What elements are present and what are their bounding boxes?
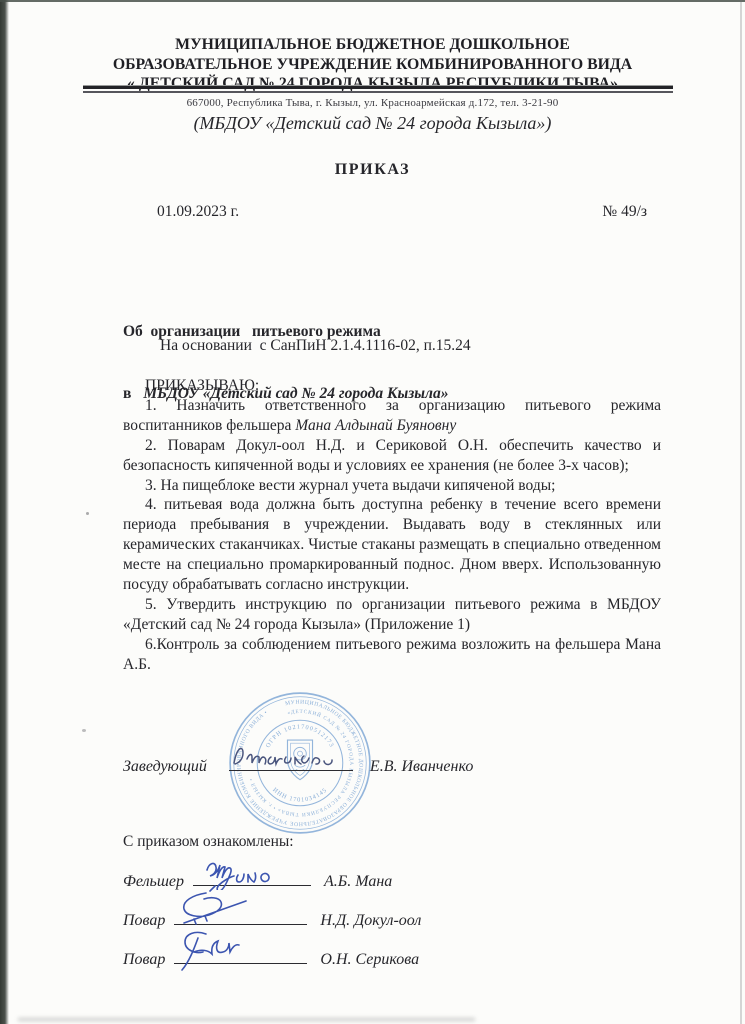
scan-edge-bottom	[18, 1018, 475, 1021]
document-type-title: ПРИКАЗ	[40, 161, 705, 179]
ack-name-1: А.Б. Мана	[324, 873, 392, 890]
date-number-row: 01.09.2023 г. № 49/з	[157, 203, 647, 221]
org-name-line1: МУНИЦИПАЛЬНОЕ БЮДЖЕТНОЕ ДОШКОЛЬНОЕ	[40, 35, 705, 55]
order-item-1: 1. Назначить ответственного за организац…	[123, 396, 661, 436]
order-item-3: 3. На пищеблоке вести журнал учета выдач…	[123, 476, 661, 496]
resolution-heading: ПРИКАЗЫВАЮ:	[123, 376, 661, 396]
ack-row-feldsher: ФельшерА.Б. Мана	[123, 866, 392, 892]
ack-signature-line-2	[174, 905, 307, 925]
director-signature-row: ЗаведующийЕ.В. Иванченко	[123, 751, 473, 777]
ack-row-cook-2: ПоварО.Н. Серикова	[123, 944, 419, 970]
stamp-ogrn-text: ОГРН 1021700512173	[265, 724, 336, 750]
scan-edge-left	[0, 0, 9, 1024]
order-basis: На основании с СанПиН 2.1.4.1116-02, п.1…	[160, 337, 471, 355]
ack-title-1: Фельшер	[123, 873, 184, 890]
order-item-4: 4. питьевая вода должна быть доступна ре…	[123, 495, 661, 595]
letterhead-divider	[83, 85, 673, 93]
ack-name-2: Н.Д. Докул-оол	[320, 912, 421, 929]
order-number: № 49/з	[602, 203, 647, 221]
divider-line-thick	[83, 86, 673, 89]
ack-title-3: Повар	[123, 951, 165, 968]
ack-name-3: О.Н. Серикова	[320, 951, 419, 968]
order-item-6: 6.Контроль за соблюдением питьевого режи…	[123, 635, 661, 675]
order-date: 01.09.2023 г.	[157, 203, 239, 221]
item1-person-name: Мана Алдынай Буяновну	[295, 417, 456, 434]
scan-edge-right	[740, 0, 742, 1024]
ack-title-2: Повар	[123, 912, 165, 929]
org-address: 667000, Республика Тыва, г. Кызыл, ул. К…	[40, 97, 705, 109]
director-title: Заведующий	[123, 758, 207, 775]
director-name: Е.В. Иванченко	[370, 758, 473, 775]
order-body: ПРИКАЗЫВАЮ: 1. Назначить ответственного …	[123, 376, 661, 675]
scan-speck	[82, 729, 86, 732]
ack-row-cook-1: ПоварН.Д. Докул-оол	[123, 905, 421, 931]
cook2-handwritten-signature	[176, 928, 286, 974]
ack-heading: С приказом ознакомлены:	[123, 833, 294, 851]
org-name-line2: ОБРАЗОВАТЕЛЬНОЕ УЧРЕЖДЕНИЕ КОМБИНИРОВАНН…	[40, 55, 705, 75]
feldsher-handwritten-signature	[195, 854, 291, 890]
divider-line-grey	[83, 91, 673, 93]
ack-signature-line-1	[193, 866, 311, 886]
scanned-order-document: МУНИЦИПАЛЬНОЕ БЮДЖЕТНОЕ ДОШКОЛЬНОЕ ОБРАЗ…	[0, 0, 745, 1024]
scan-speck	[86, 512, 89, 515]
director-signature-line	[229, 751, 353, 771]
order-item-2: 2. Поварам Докул-оол Н.Д. и Сериковой О.…	[123, 436, 661, 476]
ack-signature-line-3	[174, 944, 307, 964]
scan-edge-top	[0, 0, 745, 2]
order-item-5: 5. Утвердить инструкцию по организации п…	[123, 595, 661, 635]
org-short-name: (МБДОУ «Детский сад № 24 города Кызыла»)	[40, 113, 705, 134]
